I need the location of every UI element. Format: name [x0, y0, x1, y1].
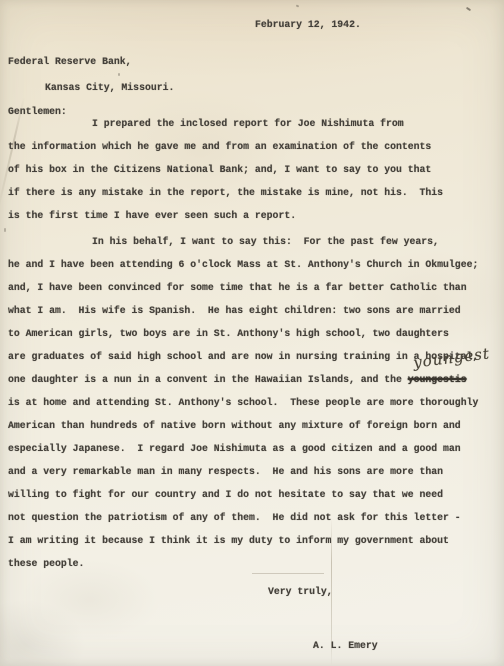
- body-line: and a very remarkable man in many respec…: [8, 460, 490, 483]
- ink-speck: [4, 228, 6, 232]
- body-line: what I am. His wife is Spanish. He has e…: [8, 299, 490, 322]
- body-line: American than hundreds of native born wi…: [8, 414, 490, 437]
- body-line: to American girls, two boys are in St. A…: [8, 322, 490, 345]
- letter-date: February 12, 1942.: [255, 13, 361, 36]
- body-line: especially Japanese. I regard Joe Nishim…: [8, 437, 490, 460]
- letter-body: I prepared the inclosed report for Joe N…: [8, 112, 490, 575]
- ink-speck: [466, 7, 471, 12]
- ink-speck: [296, 5, 300, 8]
- body-line: I am writing it because I think it is my…: [8, 529, 490, 552]
- strikethrough-word: youngestis: [408, 374, 467, 385]
- body-line-with-correction: one daughter is a nun in a convent in th…: [8, 368, 490, 391]
- ink-speck: [118, 73, 120, 76]
- body-line: he and I have been attending 6 o'clock M…: [8, 253, 490, 276]
- closing: Very truly,: [268, 580, 333, 603]
- letter-page: February 12, 1942. Federal Reserve Bank,…: [0, 0, 504, 666]
- body-line: the information which he gave me and fro…: [8, 135, 490, 158]
- body-line: I prepared the inclosed report for Joe N…: [8, 112, 490, 135]
- body-line: and, I have been convinced for some time…: [8, 276, 490, 299]
- address-line: Kansas City, Missouri.: [8, 76, 174, 99]
- body-line: is the first time I have ever seen such …: [8, 204, 490, 227]
- paper-crease-bottom: [331, 518, 332, 666]
- body-line: In his behalf, I want to say this: For t…: [8, 230, 490, 253]
- body-line: of his box in the Citizens National Bank…: [8, 158, 490, 181]
- recipient-address: Federal Reserve Bank, Kansas City, Misso…: [8, 50, 174, 99]
- body-line: these people.: [8, 552, 490, 575]
- body-line: if there is any mistake in the report, t…: [8, 181, 490, 204]
- address-line: Federal Reserve Bank,: [8, 50, 174, 73]
- signature: A. L. Emery: [313, 634, 378, 657]
- body-line: not question the patriotism of any of th…: [8, 506, 490, 529]
- body-line-text: one daughter is a nun in a convent in th…: [8, 374, 408, 385]
- scan-artifact-line: [252, 573, 324, 574]
- body-line: willing to fight for our country and I d…: [8, 483, 490, 506]
- body-line: is at home and attending St. Anthony's s…: [8, 391, 490, 414]
